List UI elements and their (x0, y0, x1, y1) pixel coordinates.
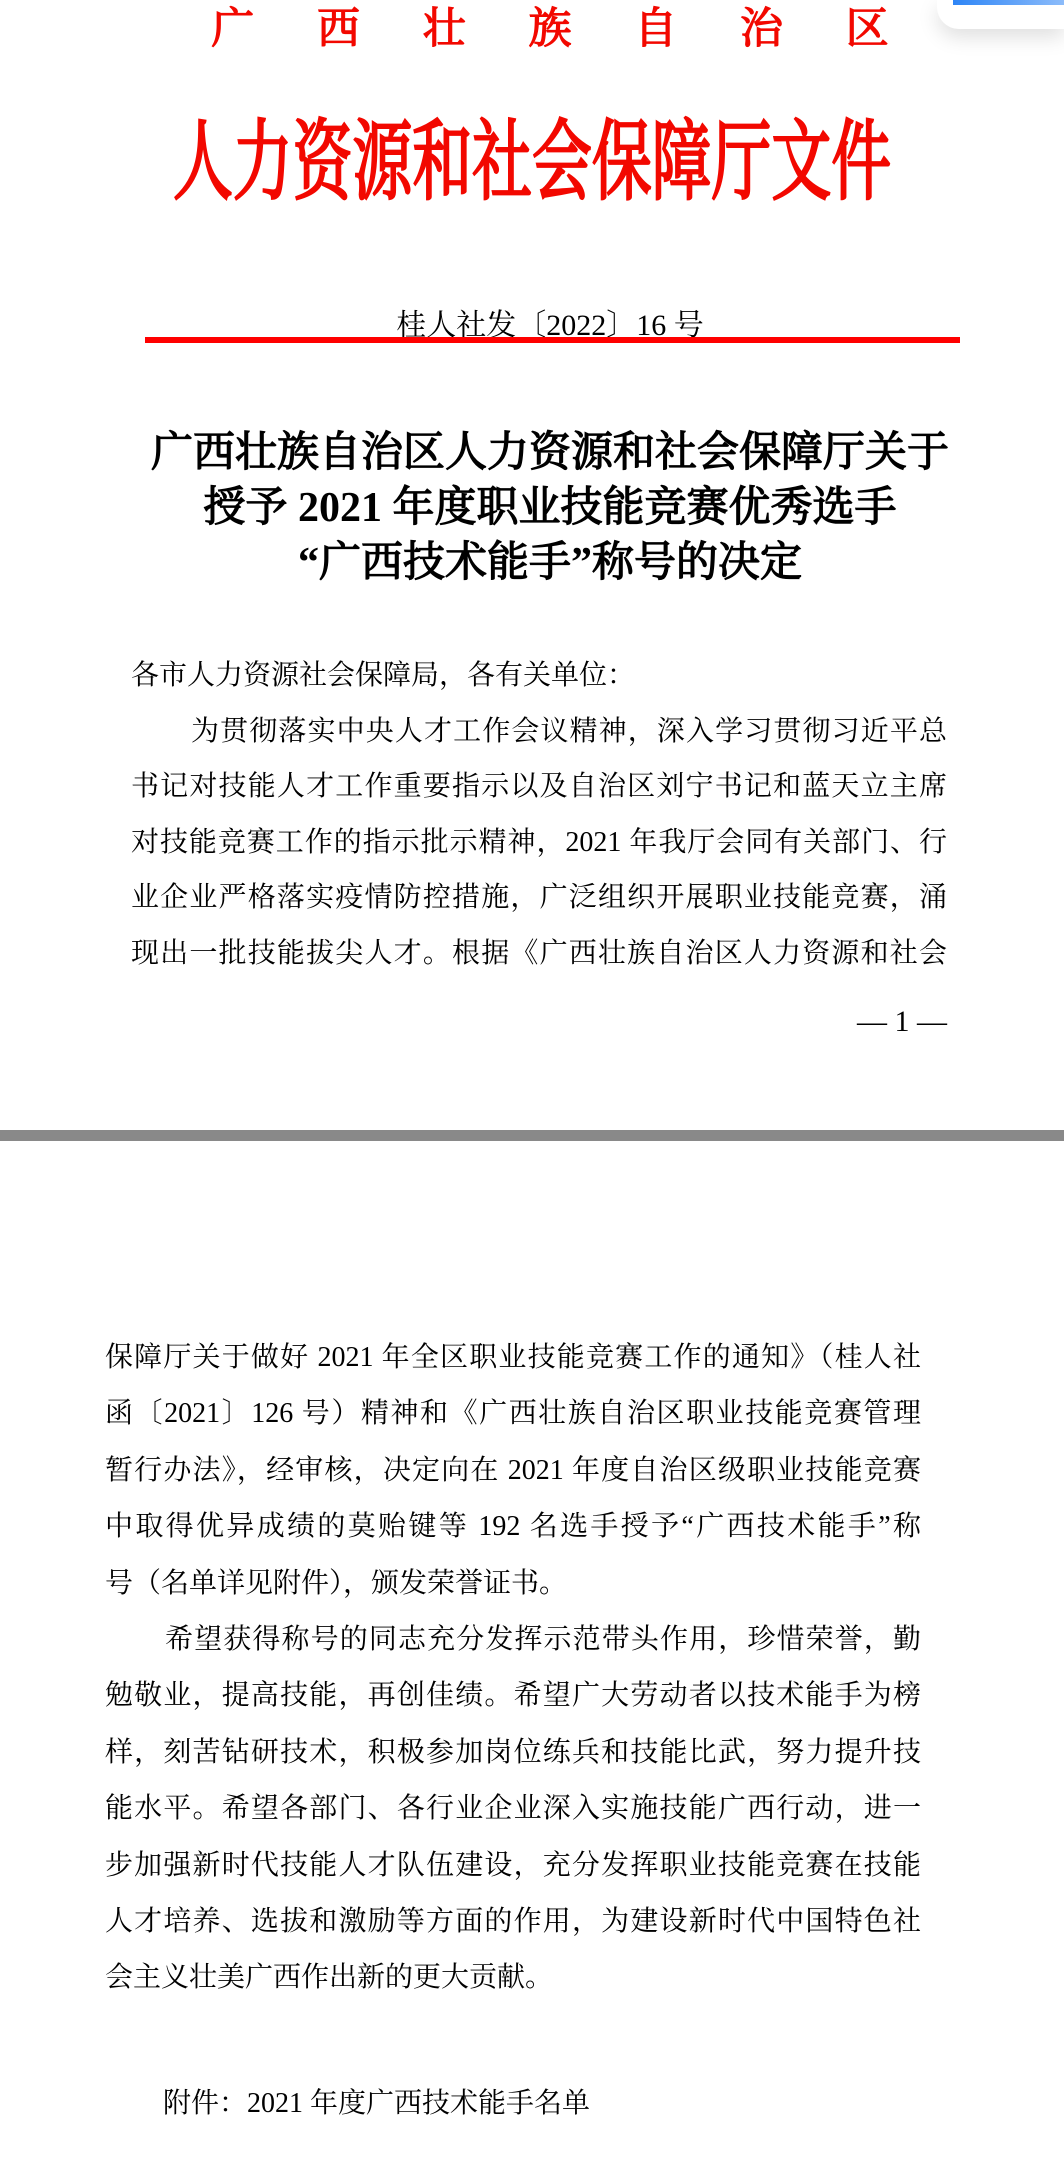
body-line: 现出一批技能拔尖人才。根据《广西壮族自治区人力资源和社会 (131, 926, 947, 982)
page-2-body: 保障厅关于做好 2021 年全区职业技能竞赛工作的通知》（桂人社 函〔2021〕… (105, 1330, 921, 2007)
body-line: 步加强新时代技能人才队伍建设，充分发挥职业技能竞赛在技能 (105, 1838, 921, 1894)
attachment-line: 附件：2021 年度广西技术能手名单 (105, 2076, 921, 2132)
department-title-wrap: 人力资源和社会保障厅文件 (0, 112, 1064, 216)
body-line: 函〔2021〕126 号）精神和《广西壮族自治区职业技能竞赛管理 (105, 1386, 921, 1442)
page-separator (0, 1130, 1064, 1141)
red-divider-line (145, 337, 960, 343)
body-line: 为贯彻落实中央人才工作会议精神，深入学习贯彻习近平总 (131, 704, 947, 760)
body-line: 书记对技能人才工作重要指示以及自治区刘宁书记和蓝天立主席 (131, 759, 947, 815)
body-line: 能水平。希望各部门、各行业企业深入实施技能广西行动，进一 (105, 1781, 921, 1837)
toolbar-accent-bar (953, 0, 1064, 5)
body-line: 号（名单详见附件），颁发荣誉证书。 (105, 1556, 921, 1612)
decision-title-line-2: 授予 2021 年度职业技能竞赛优秀选手 (140, 481, 960, 536)
decision-title-line-1: 广西壮族自治区人力资源和社会保障厅关于 (140, 426, 960, 481)
salutation: 各市人力资源社会保障局，各有关单位： (131, 648, 947, 704)
page-2: 保障厅关于做好 2021 年全区职业技能竞赛工作的通知》（桂人社 函〔2021〕… (0, 1141, 1064, 2161)
body-line: 勉敬业，提高技能，再创佳绩。希望广大劳动者以技术能手为榜 (105, 1668, 921, 1724)
decision-title-line-3: “广西技术能手”称号的决定 (140, 536, 960, 591)
decision-title: 广西壮族自治区人力资源和社会保障厅关于 授予 2021 年度职业技能竞赛优秀选手… (140, 426, 960, 591)
body-line: 样，刻苦钻研技术，积极参加岗位练兵和技能比武，努力提升技 (105, 1725, 921, 1781)
floating-toolbar[interactable] (937, 0, 1064, 29)
body-line: 对技能竞赛工作的指示批示精神，2021 年我厅会同有关部门、行 (131, 815, 947, 871)
body-line: 会主义壮美广西作出新的更大贡献。 (105, 1950, 921, 2006)
page-number: — 1 — (131, 1002, 947, 1042)
document-type-title: 人力资源和社会保障厅文件 (173, 112, 891, 216)
body-line: 中取得优异成绩的莫贻键等 192 名选手授予“广西技术能手”称 (105, 1499, 921, 1555)
page-1-body: 各市人力资源社会保障局，各有关单位： 为贯彻落实中央人才工作会议精神，深入学习贯… (131, 648, 947, 981)
body-line: 暂行办法》，经审核，决定向在 2021 年度自治区级职业技能竞赛 (105, 1443, 921, 1499)
body-line: 希望获得称号的同志充分发挥示范带头作用，珍惜荣誉，勤 (105, 1612, 921, 1668)
page-1: 广 西 壮 族 自 治 区 人力资源和社会保障厅文件 桂人社发〔2022〕16 … (0, 0, 1064, 1130)
body-line: 业企业严格落实疫情防控措施，广泛组织开展职业技能竞赛，涌 (131, 870, 947, 926)
body-line: 人才培养、选拔和激励等方面的作用，为建设新时代中国特色社 (105, 1894, 921, 1950)
issuing-region-header: 广 西 壮 族 自 治 区 (140, 7, 960, 53)
body-line: 保障厅关于做好 2021 年全区职业技能竞赛工作的通知》（桂人社 (105, 1330, 921, 1386)
